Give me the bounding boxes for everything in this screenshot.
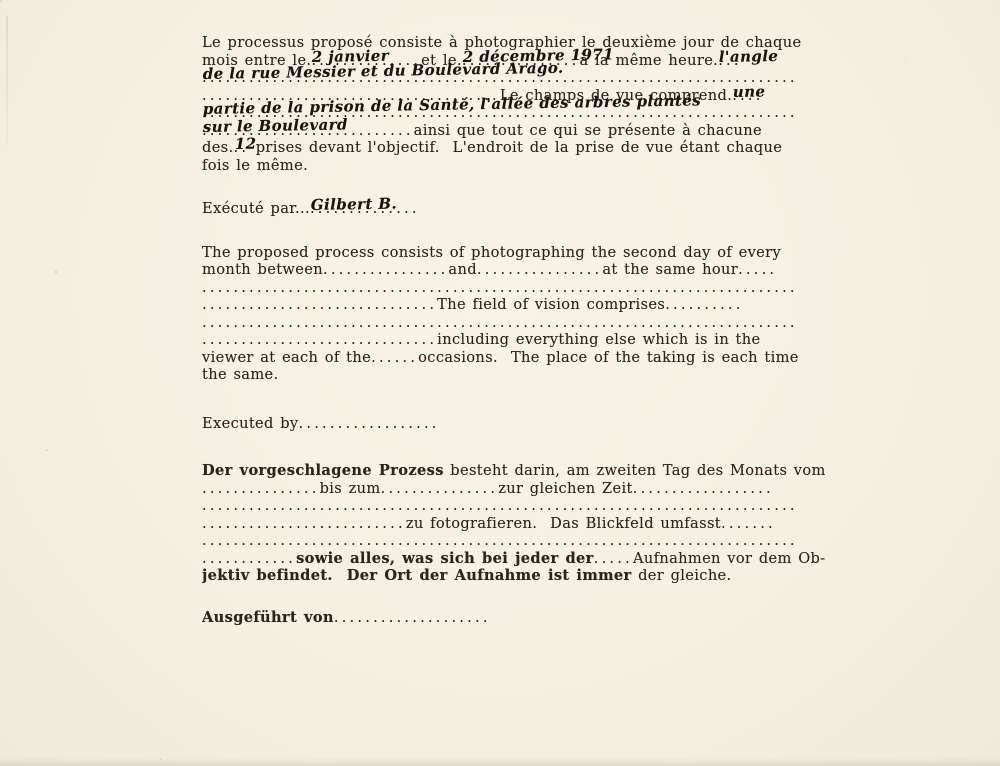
text-line: Exécuté par.................Gilbert B. <box>202 200 842 218</box>
dotted-leader: .......... <box>665 296 743 313</box>
typed-text: viewer at each of the <box>202 349 371 366</box>
text-line: ........................................… <box>202 532 842 550</box>
typed-text: jektiv befindet. Der Ort der Aufnahme is… <box>202 567 632 584</box>
text-line: ..............................including … <box>202 331 842 349</box>
typed-text: sowie alles, was sich bei jeder der <box>296 550 594 567</box>
typed-text: Exécuté par... <box>202 200 310 217</box>
typed-text: Der vorgeschlagene Prozess <box>202 462 444 479</box>
typed-text: Ausgeführt von <box>202 609 334 626</box>
executed-by-english: Executed by.................. <box>202 415 842 433</box>
paper-speckles <box>0 0 2 2</box>
fill-in-blank: ....une <box>732 87 763 105</box>
dotted-leader: ................ <box>323 261 448 278</box>
text-line: Ausgeführt von.................... <box>202 609 842 627</box>
fill-in-blank: ..12 <box>234 139 250 157</box>
text-line: fois le même. <box>202 157 842 175</box>
text-line: ........................................… <box>202 314 842 332</box>
scan-edge-scratch <box>6 16 8 146</box>
typed-text: bis zum <box>320 480 381 497</box>
typed-text: ainsi que tout ce qui se présente à chac… <box>414 122 762 139</box>
dotted-leader: ........................................… <box>202 497 798 514</box>
typed-text: prises devant l'objectif. L'endroit de l… <box>249 139 782 156</box>
typed-text: des. <box>202 139 234 156</box>
document-page: Le processus proposé consiste à photogra… <box>0 0 1000 766</box>
text-line: jektiv befindet. Der Ort der Aufnahme is… <box>202 567 842 585</box>
typed-text: besteht darin, am zweiten Tag des Monats… <box>444 462 826 479</box>
text-line: ...............bis zum...............zur… <box>202 480 842 498</box>
text-line: Der vorgeschlagene Prozess besteht darin… <box>202 462 842 480</box>
english-paragraph: The proposed process consists of photogr… <box>202 244 842 384</box>
dotted-leader: ...... <box>371 349 418 366</box>
fill-in-blank: ..............Gilbert B. <box>310 200 420 218</box>
typed-text: The field of vision comprises <box>437 296 665 313</box>
handwritten-text: l'angle <box>719 47 779 66</box>
dotted-leader: ........................................… <box>202 279 798 296</box>
dotted-leader: ............... <box>381 480 499 497</box>
typed-text: month between <box>202 261 323 278</box>
text-line: ..................sur le Boulevard......… <box>202 122 842 140</box>
typed-text: The proposed process consists of photogr… <box>202 244 781 261</box>
dotted-leader: .................... <box>334 609 491 626</box>
fill-in-blank: ..................sur le Boulevard <box>202 122 343 140</box>
text-line: ........................................… <box>202 497 842 515</box>
dotted-leader: .............................. <box>202 331 437 348</box>
typed-text: and <box>448 261 477 278</box>
typed-text: occasions. The place of the taking is ea… <box>418 349 799 366</box>
dotted-leader: .................. <box>633 480 774 497</box>
typed-text: Aufnahmen vor dem Ob- <box>633 550 826 567</box>
dotted-leader: ....... <box>721 515 776 532</box>
french-paragraph: Le processus proposé consiste à photogra… <box>202 34 842 174</box>
handwritten-text: une <box>733 83 766 101</box>
text-line: ..............................The field … <box>202 296 842 314</box>
text-line: ..........................zu fotografier… <box>202 515 842 533</box>
typed-text: fois le même. <box>202 157 308 174</box>
typed-text: der gleiche. <box>632 567 732 584</box>
dotted-leader: .......................... <box>202 515 406 532</box>
typed-text: including everything else which is in th… <box>437 331 760 348</box>
typed-text: Executed by <box>202 415 299 432</box>
dotted-leader: ......... <box>343 122 414 139</box>
typed-text: at the same hour <box>602 261 738 278</box>
fill-in-blank: ...l'angle <box>718 52 742 70</box>
text-line: month between................and........… <box>202 261 842 279</box>
typed-text: zu fotografieren. Das Blickfeld umfasst <box>406 515 721 532</box>
text-line: Executed by.................. <box>202 415 842 433</box>
text-line: ............sowie alles, was sich bei je… <box>202 550 842 568</box>
dotted-leader: ........................................… <box>202 314 798 331</box>
typed-text: the same. <box>202 366 279 383</box>
dotted-leader: ............ <box>202 550 296 567</box>
text-line: viewer at each of the......occasions. Th… <box>202 349 842 367</box>
handwritten-text: sur le Boulevard <box>203 116 348 136</box>
dotted-leader: .............................. <box>202 296 437 313</box>
fill-in-blank: ........................................… <box>202 69 798 87</box>
german-paragraph: Der vorgeschlagene Prozess besteht darin… <box>202 462 842 585</box>
executed-by-french: Exécuté par.................Gilbert B. <box>202 200 842 218</box>
document-text: Le processus proposé consiste à photogra… <box>202 34 842 654</box>
text-line: the same. <box>202 366 842 384</box>
executed-by-german: Ausgeführt von.................... <box>202 609 842 627</box>
dotted-leader: .................. <box>299 415 440 432</box>
handwritten-text: Gilbert B. <box>311 195 397 214</box>
handwritten-text: 12 <box>234 136 256 154</box>
dotted-leader: ................ <box>477 261 602 278</box>
typed-text: zur gleichen Zeit <box>498 480 633 497</box>
dotted-leader: ........................................… <box>202 532 798 549</box>
dotted-leader: ..... <box>594 550 633 567</box>
text-line: des...12 prises devant l'objectif. L'end… <box>202 139 842 157</box>
dotted-leader: ..... <box>738 261 777 278</box>
text-line: ........................................… <box>202 279 842 297</box>
text-line: The proposed process consists of photogr… <box>202 244 842 262</box>
dotted-leader: ............... <box>202 480 320 497</box>
